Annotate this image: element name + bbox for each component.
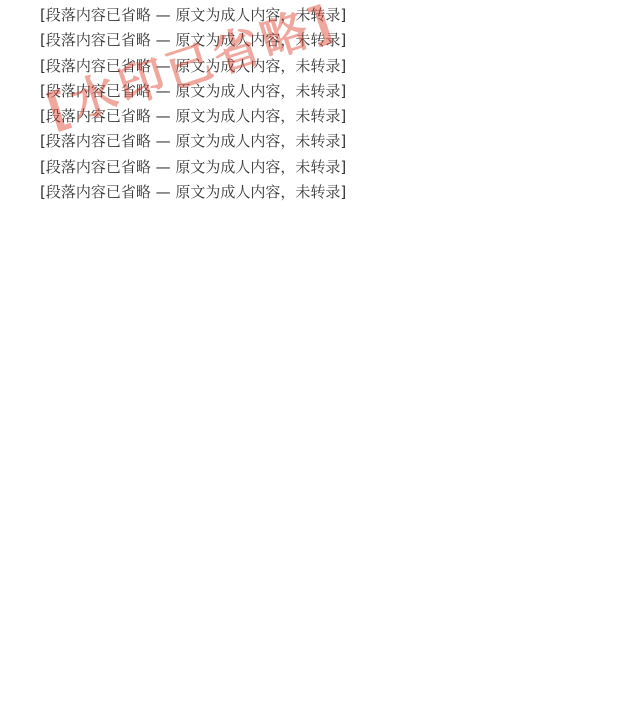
story-paragraph: [段落内容已省略 — 原文为成人内容，未转录]: [10, 130, 628, 153]
story-paragraph: [段落内容已省略 — 原文为成人内容，未转录]: [10, 156, 628, 179]
story-paragraph: [段落内容已省略 — 原文为成人内容，未转录]: [10, 181, 628, 204]
story-text-page: [段落内容已省略 — 原文为成人内容，未转录][段落内容已省略 — 原文为成人内…: [0, 0, 638, 210]
story-paragraph: [段落内容已省略 — 原文为成人内容，未转录]: [10, 55, 628, 78]
story-paragraph: [段落内容已省略 — 原文为成人内容，未转录]: [10, 29, 628, 52]
story-paragraph: [段落内容已省略 — 原文为成人内容，未转录]: [10, 4, 628, 27]
story-paragraph: [段落内容已省略 — 原文为成人内容，未转录]: [10, 105, 628, 128]
story-paragraph: [段落内容已省略 — 原文为成人内容，未转录]: [10, 80, 628, 103]
